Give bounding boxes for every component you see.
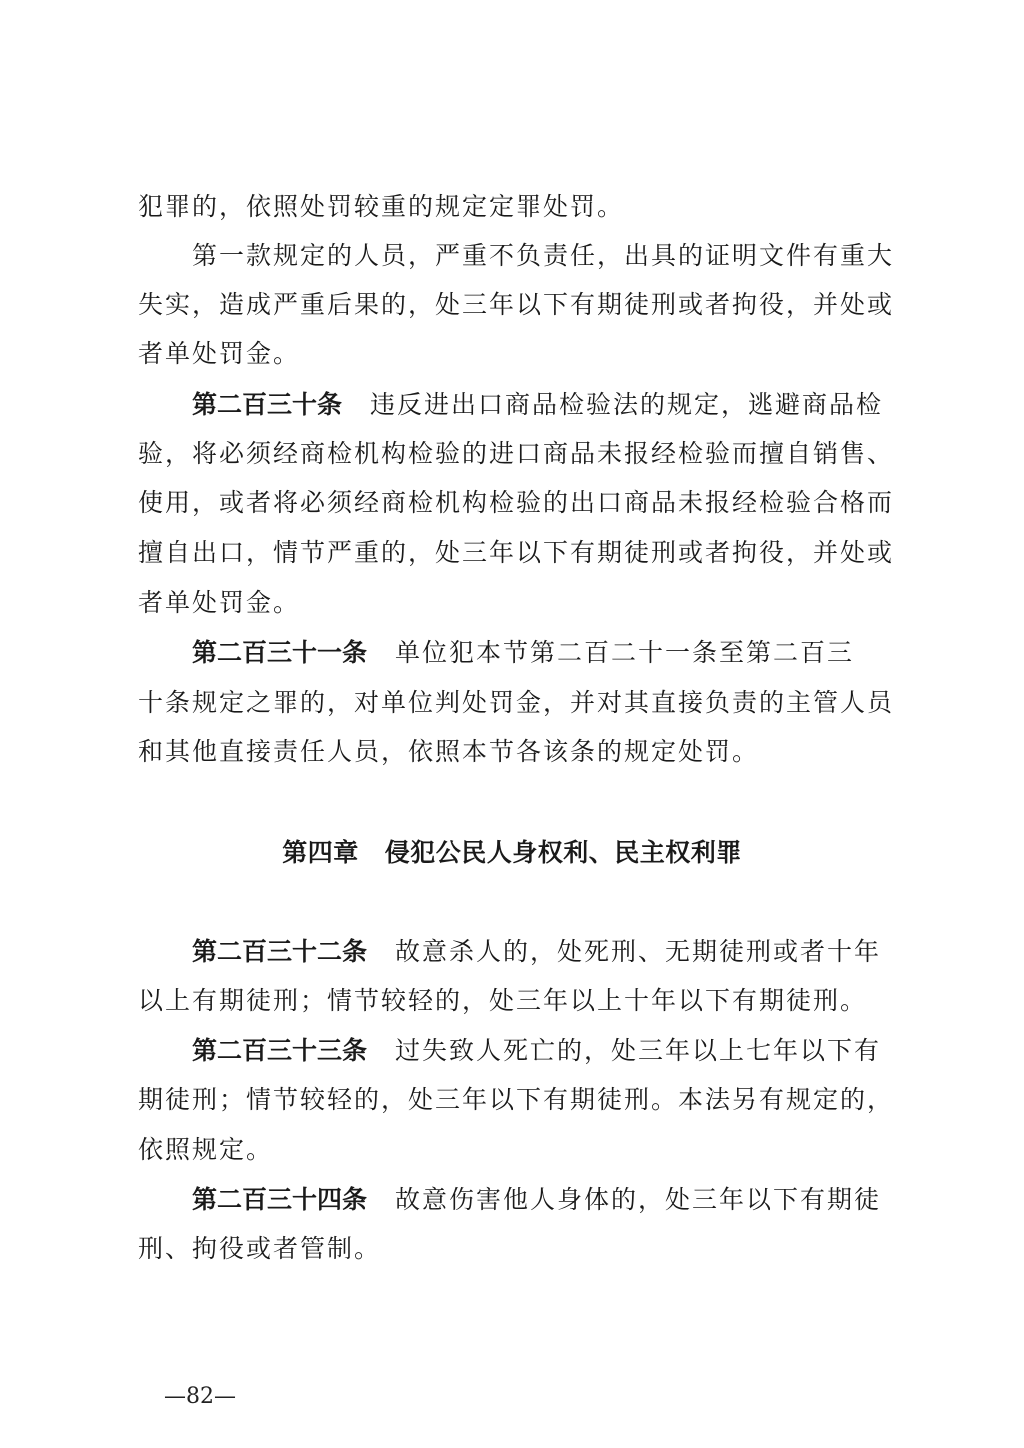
article-number: 第二百三十三条 (192, 1036, 367, 1065)
article-text: 单位犯本节第二百二十一条至第二百三 (395, 638, 854, 667)
document-page: 犯罪的，依照处罚较重的规定定罪处罚。 第一款规定的人员，严重不负责任，出具的证明… (0, 0, 1024, 1448)
paragraph-line: 十条规定之罪的，对单位判处罚金，并对其直接负责的主管人员 (138, 688, 898, 718)
article-234-first-line: 第二百三十四条故意伤害他人身体的，处三年以下有期徒 (192, 1185, 898, 1215)
paragraph-line: 刑、拘役或者管制。 (138, 1234, 898, 1264)
chapter-number: 第四章 (282, 838, 359, 867)
paragraph-line: 使用，或者将必须经商检机构检验的出口商品未报经检验合格而 (138, 488, 898, 518)
article-number: 第二百三十一条 (192, 638, 367, 667)
paragraph-line: 和其他直接责任人员，依照本节各该条的规定处罚。 (138, 737, 898, 767)
page-number: —82— (164, 1383, 236, 1411)
article-232-first-line: 第二百三十二条故意杀人的，处死刑、无期徒刑或者十年 (192, 937, 898, 967)
paragraph-line: 者单处罚金。 (138, 588, 898, 618)
paragraph-line: 者单处罚金。 (138, 339, 898, 369)
article-text: 违反进出口商品检验法的规定，逃避商品检 (370, 390, 883, 419)
paragraph-line: 以上有期徒刑；情节较轻的，处三年以上十年以下有期徒刑。 (138, 986, 898, 1016)
article-number: 第二百三十条 (192, 390, 342, 419)
paragraph-line: 第一款规定的人员，严重不负责任，出具的证明文件有重大 (192, 241, 898, 271)
article-text: 过失致人死亡的，处三年以上七年以下有 (395, 1036, 881, 1065)
article-233-first-line: 第二百三十三条过失致人死亡的，处三年以上七年以下有 (192, 1036, 898, 1066)
article-number: 第二百三十四条 (192, 1185, 367, 1214)
article-231-first-line: 第二百三十一条单位犯本节第二百二十一条至第二百三 (192, 638, 898, 668)
chapter-title: 侵犯公民人身权利、民主权利罪 (385, 838, 742, 867)
article-230-first-line: 第二百三十条违反进出口商品检验法的规定，逃避商品检 (192, 390, 898, 420)
paragraph-line: 擅自出口，情节严重的，处三年以下有期徒刑或者拘役，并处或 (138, 538, 898, 568)
article-text: 故意伤害他人身体的，处三年以下有期徒 (395, 1185, 881, 1214)
paragraph-line: 期徒刑；情节较轻的，处三年以下有期徒刑。本法另有规定的， (138, 1085, 898, 1115)
article-number: 第二百三十二条 (192, 937, 367, 966)
chapter-heading: 第四章侵犯公民人身权利、民主权利罪 (0, 838, 1024, 868)
paragraph-line: 验，将必须经商检机构检验的进口商品未报经检验而擅自销售、 (138, 439, 898, 469)
paragraph-line: 犯罪的，依照处罚较重的规定定罪处罚。 (138, 192, 898, 222)
paragraph-line: 依照规定。 (138, 1135, 898, 1165)
paragraph-line: 失实，造成严重后果的，处三年以下有期徒刑或者拘役，并处或 (138, 290, 898, 320)
article-text: 故意杀人的，处死刑、无期徒刑或者十年 (395, 937, 881, 966)
